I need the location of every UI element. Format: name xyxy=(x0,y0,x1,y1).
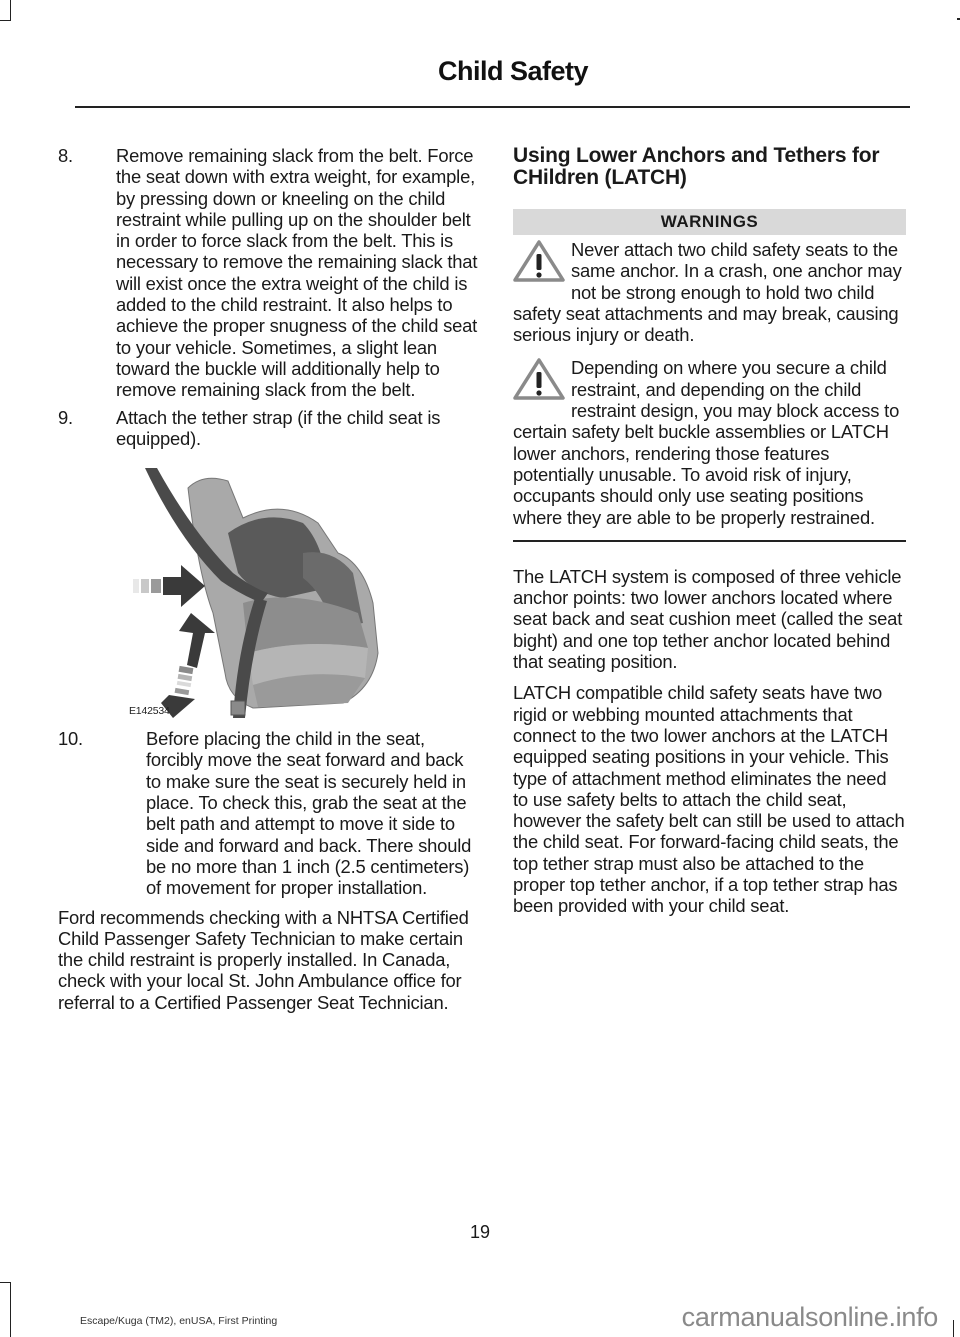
child-seat-illustration: E142534 xyxy=(133,463,453,718)
warning-triangle-icon xyxy=(513,240,565,282)
warnings-end-divider xyxy=(513,540,906,542)
latch-paragraph: LATCH compatible child safety seats have… xyxy=(513,682,906,916)
step-9: 9. Attach the tether strap (if the child… xyxy=(58,407,478,450)
warning-text: Never attach two child safety seats to t… xyxy=(513,239,902,345)
warning-text: Depending on where you secure a child re… xyxy=(513,357,899,527)
step-number: 10. xyxy=(58,728,83,749)
watermark-link[interactable]: carmanualsonline.info xyxy=(682,1302,938,1333)
child-seat-drawing xyxy=(133,463,453,718)
right-column: Using Lower Anchors and Tethers for CHil… xyxy=(513,145,906,927)
step-number: 9. xyxy=(58,407,73,428)
title-divider xyxy=(75,106,910,108)
crop-mark-bottom-left xyxy=(0,1282,11,1337)
figure-code: E142534 xyxy=(129,701,170,722)
warning-triangle-icon xyxy=(513,358,565,400)
warnings-banner: WARNINGS xyxy=(513,209,906,235)
step-text: Remove remaining slack from the belt. Fo… xyxy=(116,145,477,400)
warning-item: Never attach two child safety seats to t… xyxy=(513,239,906,345)
section-heading: Using Lower Anchors and Tethers for CHil… xyxy=(513,145,906,189)
left-column: 8. Remove remaining slack from the belt.… xyxy=(58,145,478,1023)
page-title: Child Safety xyxy=(438,56,588,87)
latch-paragraph: The LATCH system is composed of three ve… xyxy=(513,566,906,672)
closing-paragraph: Ford recommends checking with a NHTSA Ce… xyxy=(58,907,478,1013)
edition-footer: Escape/Kuga (TM2), enUSA, First Printing xyxy=(80,1315,277,1327)
page-number: 19 xyxy=(0,1222,960,1243)
step-text: Before placing the child in the seat, fo… xyxy=(146,728,471,898)
step-8: 8. Remove remaining slack from the belt.… xyxy=(58,145,478,401)
step-number: 8. xyxy=(58,145,73,166)
step-text: Attach the tether strap (if the child se… xyxy=(116,407,440,449)
step-10: 10. Before placing the child in the seat… xyxy=(58,728,478,898)
warning-item: Depending on where you secure a child re… xyxy=(513,357,906,527)
crop-mark-top-left xyxy=(0,0,11,21)
crop-mark-bottom-right xyxy=(953,1320,960,1337)
